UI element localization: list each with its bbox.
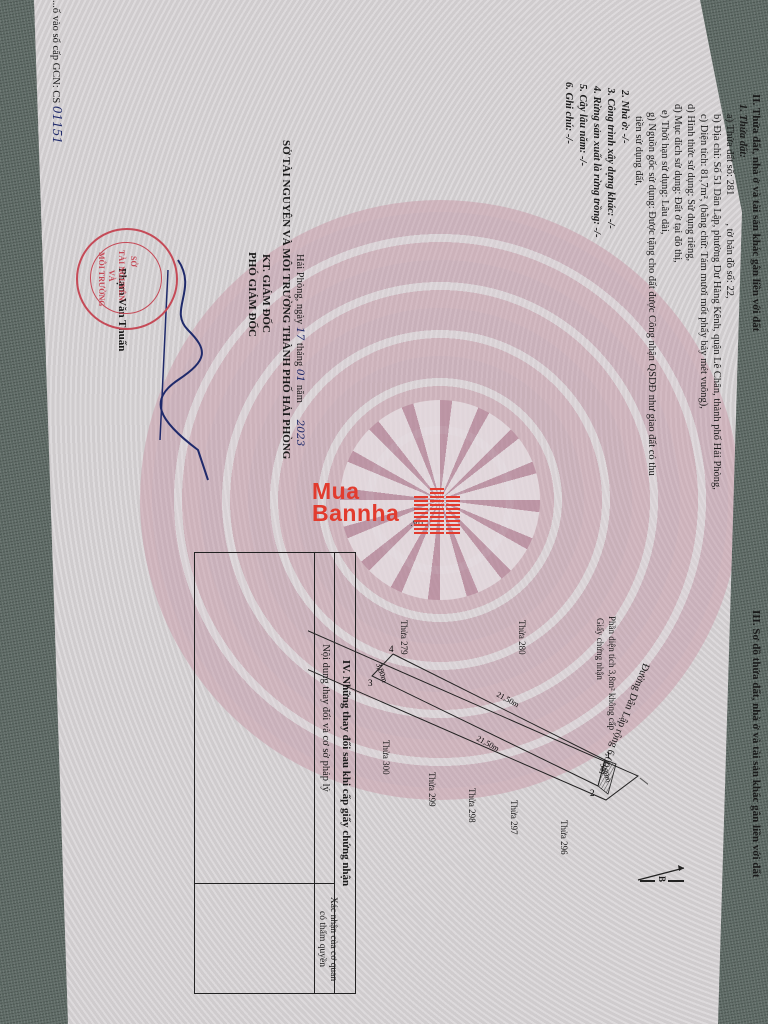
- watermark-line2: Bannha: [312, 500, 399, 527]
- building-icon: [446, 496, 460, 536]
- building-icon: [414, 496, 428, 536]
- mubannha-watermark: Mua Bannha .vn: [302, 476, 472, 546]
- vertex-1: 1: [606, 750, 611, 760]
- vertex-2: 2: [590, 788, 595, 798]
- vertex-4: 4: [389, 644, 394, 654]
- edge-3-4: 3,80m: [374, 662, 390, 685]
- vertex-3: 3: [368, 678, 373, 688]
- building-icon: [430, 488, 444, 536]
